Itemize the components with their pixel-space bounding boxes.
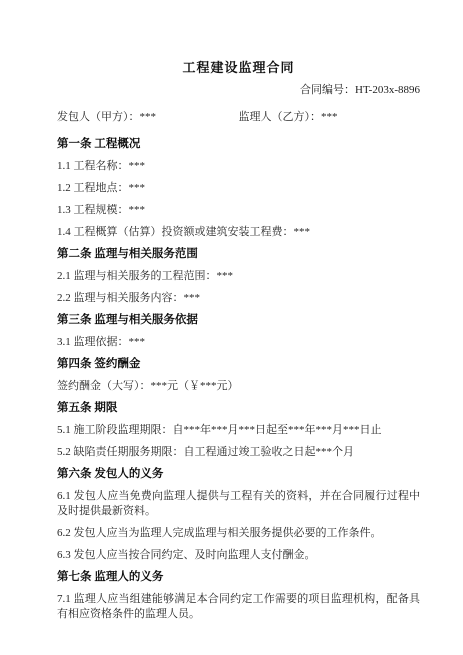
- section-heading: 第六条 发包人的义务: [57, 467, 420, 482]
- clause: 2.1 监理与相关服务的工程范围：***: [57, 269, 420, 284]
- clause: 1.4 工程概算（估算）投资额或建筑安装工程费：***: [57, 225, 420, 240]
- clause: 1.3 工程规模：***: [57, 203, 420, 218]
- party-a-label: 发包人（甲方）：***: [57, 110, 239, 125]
- clause: 6.2 发包人应当为监理人完成监理与相关服务提供必要的工作条件。: [57, 526, 420, 541]
- section-heading: 第七条 监理人的义务: [57, 570, 420, 585]
- section-heading: 第三条 监理与相关服务依据: [57, 313, 420, 328]
- section-heading: 第二条 监理与相关服务范围: [57, 247, 420, 262]
- clause: 签约酬金（大写）：***元（￥***元）: [57, 379, 420, 394]
- clause: 1.2 工程地点：***: [57, 181, 420, 196]
- clause: 6.1 发包人应当免费向监理人提供与工程有关的资料，并在合同履行过程中及时提供最…: [57, 489, 420, 519]
- contract-document-page: 工程建设监理合同 合同编号：HT-203x-8896 发包人（甲方）：*** 监…: [0, 0, 463, 655]
- clause: 3.1 监理依据：***: [57, 335, 420, 350]
- party-b-label: 监理人（乙方）：***: [239, 110, 421, 125]
- clause: 5.1 施工阶段监理期限：自***年***月***日起至***年***月***日…: [57, 423, 420, 438]
- clause: 5.2 缺陷责任期服务期限：自工程通过竣工验收之日起***个月: [57, 445, 420, 460]
- clause: 7.1 监理人应当组建能够满足本合同约定工作需要的项目监理机构，配备具有相应资格…: [57, 592, 420, 622]
- clause: 6.3 发包人应当按合同约定、及时向监理人支付酬金。: [57, 548, 420, 563]
- parties-row: 发包人（甲方）：*** 监理人（乙方）：***: [57, 110, 420, 125]
- section-service-basis: 第三条 监理与相关服务依据 3.1 监理依据：***: [57, 313, 420, 350]
- clause: 1.1 工程名称：***: [57, 159, 420, 174]
- clause: 2.2 监理与相关服务内容：***: [57, 291, 420, 306]
- section-heading: 第四条 签约酬金: [57, 357, 420, 372]
- section-employer-obligations: 第六条 发包人的义务 6.1 发包人应当免费向监理人提供与工程有关的资料，并在合…: [57, 467, 420, 563]
- section-contract-remuneration: 第四条 签约酬金 签约酬金（大写）：***元（￥***元）: [57, 357, 420, 394]
- section-service-scope: 第二条 监理与相关服务范围 2.1 监理与相关服务的工程范围：*** 2.2 监…: [57, 247, 420, 306]
- contract-number-label: 合同编号：: [300, 84, 355, 96]
- contract-number-value: HT-203x-8896: [355, 84, 420, 96]
- section-term: 第五条 期限 5.1 施工阶段监理期限：自***年***月***日起至***年*…: [57, 401, 420, 460]
- section-project-overview: 第一条 工程概况 1.1 工程名称：*** 1.2 工程地点：*** 1.3 工…: [57, 137, 420, 240]
- section-heading: 第五条 期限: [57, 401, 420, 416]
- section-heading: 第一条 工程概况: [57, 137, 420, 152]
- section-supervisor-obligations: 第七条 监理人的义务 7.1 监理人应当组建能够满足本合同约定工作需要的项目监理…: [57, 570, 420, 622]
- contract-number-row: 合同编号：HT-203x-8896: [57, 83, 420, 98]
- document-title: 工程建设监理合同: [57, 60, 420, 75]
